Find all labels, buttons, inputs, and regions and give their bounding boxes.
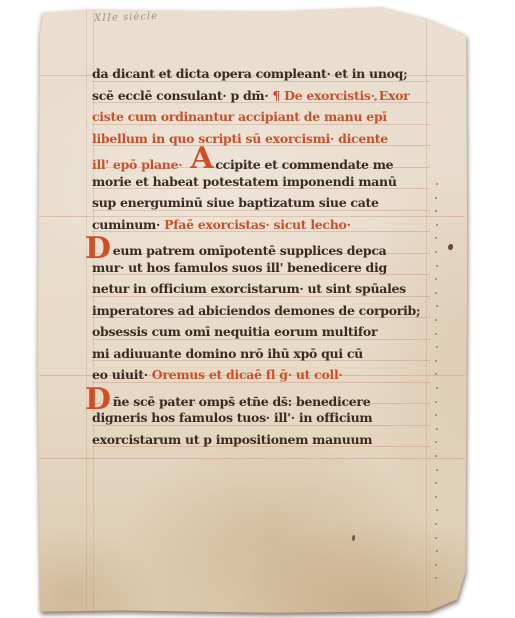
prick-mark [435, 564, 437, 566]
text-segment: digneris hos famulos tuos· ill'· in offi… [92, 410, 372, 425]
manuscript-text-line: mi adiuuante domino nrō ihū xpō qui cū [92, 343, 430, 365]
manuscript-text-line: imperatores ad abiciendos demones de cor… [92, 300, 430, 322]
prick-mark [436, 183, 438, 185]
prick-mark [435, 210, 437, 212]
prick-mark [436, 346, 438, 348]
text-segment: ill' epō plane· [92, 157, 186, 172]
text-segment: mur· ut hos famulos suos ill' benedicere… [92, 260, 387, 275]
drop-cap-initial: A [190, 148, 213, 170]
drop-cap-initial: D [85, 389, 111, 411]
prick-mark [435, 319, 437, 321]
prick-mark [435, 537, 437, 539]
text-segment: cuminum· [92, 217, 164, 232]
ruling-line [39, 458, 465, 459]
prick-mark [436, 428, 438, 430]
prick-mark [436, 305, 438, 307]
prick-mark [436, 224, 438, 226]
text-segment: netur in officium exorcistarum· ut sint … [92, 281, 406, 296]
manuscript-text-line: mur· ut hos famulos suos ill' benedicere… [92, 257, 430, 279]
prick-mark [435, 360, 437, 362]
leaf-shadow: XIIe siècle da dicant et dicta opera com… [36, 6, 468, 614]
text-segment: ccipite et commendate me [215, 157, 393, 172]
text-segment: morie et habeat potestatem imponendi man… [92, 174, 397, 189]
prick-mark [435, 251, 437, 253]
prick-mark [435, 237, 437, 239]
text-segment: eum patrem omīpotentē supplices depca [113, 243, 387, 258]
manuscript-text-line: exorcistarum ut p impositionem manuum [92, 429, 430, 451]
text-segment: mi adiuuante domino nrō ihū xpō qui cū [92, 346, 363, 361]
prick-mark [435, 333, 437, 335]
prick-mark [436, 550, 438, 552]
ink-speck [352, 535, 355, 541]
text-segment: libellum in quo scripti sū exorcismi· di… [92, 131, 388, 146]
text-segment: Oremus et dicaē fl ḡ· ut coll· [152, 367, 343, 382]
text-segment: Pfaē exorcistas· sicut lecho· [164, 217, 351, 232]
manuscript-text-line: Deum patrem omīpotentē supplices depca [92, 235, 430, 257]
prick-mark [435, 523, 437, 525]
prick-mark [435, 496, 437, 498]
manuscript-text-line: libellum in quo scripti sū exorcismi· di… [92, 128, 430, 150]
text-segment: exorcistarum ut p impositionem manuum [92, 432, 372, 447]
text-block: da dicant et dicta opera compleant· et i… [92, 63, 430, 450]
text-segment: eo uiuit· [92, 367, 152, 382]
text-segment: imperatores ad abiciendos demones de cor… [92, 303, 420, 318]
prick-mark [436, 387, 438, 389]
manuscript-text-line: eo uiuit· Oremus et dicaē fl ḡ· ut coll· [92, 364, 430, 386]
manuscript-text-line: ill' epō plane· Accipite et commendate m… [92, 149, 430, 171]
prick-mark [436, 469, 438, 471]
text-segment: scē ecclē consulant· p dm̄· [92, 88, 272, 103]
prick-mark [435, 401, 437, 403]
manuscript-text-line: obsessis cum omī nequitia eorum multifor [92, 321, 430, 343]
prick-mark [435, 197, 437, 199]
prick-mark [435, 292, 437, 294]
prick-mark [435, 414, 437, 416]
text-segment: da dicant et dicta opera compleant· et i… [92, 66, 407, 81]
manuscript-text-line: sup energuminū siue baptizatum siue cate [92, 192, 430, 214]
photo-background: XIIe siècle da dicant et dicta opera com… [0, 0, 515, 618]
text-segment: sup energuminū siue baptizatum siue cate [92, 195, 379, 210]
text-segment: ¶ De exorcistis· Exor [272, 88, 409, 103]
prick-mark [435, 455, 437, 457]
prick-mark [436, 509, 438, 511]
manuscript-text-line: da dicant et dicta opera compleant· et i… [92, 63, 430, 85]
text-segment: obsessis cum omī nequitia eorum multifor [92, 324, 377, 339]
manuscript-text-line: morie et habeat potestatem imponendi man… [92, 171, 430, 193]
manuscript-text-line: scē ecclē consulant· p dm̄· ¶ De exorcis… [92, 85, 430, 107]
text-segment: ciste cum ordinantur accipiant de manu e… [92, 109, 387, 124]
manuscript-text-line: digneris hos famulos tuos· ill'· in offi… [92, 407, 430, 429]
manuscript-text-line: cuminum· Pfaē exorcistas· sicut lecho· [92, 214, 430, 236]
prick-mark [435, 577, 437, 579]
drop-cap-initial: D [85, 238, 111, 260]
ruling-line-vertical [86, 6, 87, 614]
manuscript-text-line: ciste cum ordinantur accipiant de manu e… [92, 106, 430, 128]
ink-speck [448, 244, 453, 250]
manuscript-leaf: XIIe siècle da dicant et dicta opera com… [36, 6, 468, 614]
pencil-date-note: XIIe siècle [94, 11, 158, 24]
prick-mark [435, 278, 437, 280]
manuscript-text-line: Dn̄e scē pater omps̄ etn̄e ds̄: benedice… [92, 386, 430, 408]
prick-mark [435, 441, 437, 443]
manuscript-text-line: netur in officium exorcistarum· ut sint … [92, 278, 430, 300]
prick-mark [435, 482, 437, 484]
prick-mark [436, 265, 438, 267]
